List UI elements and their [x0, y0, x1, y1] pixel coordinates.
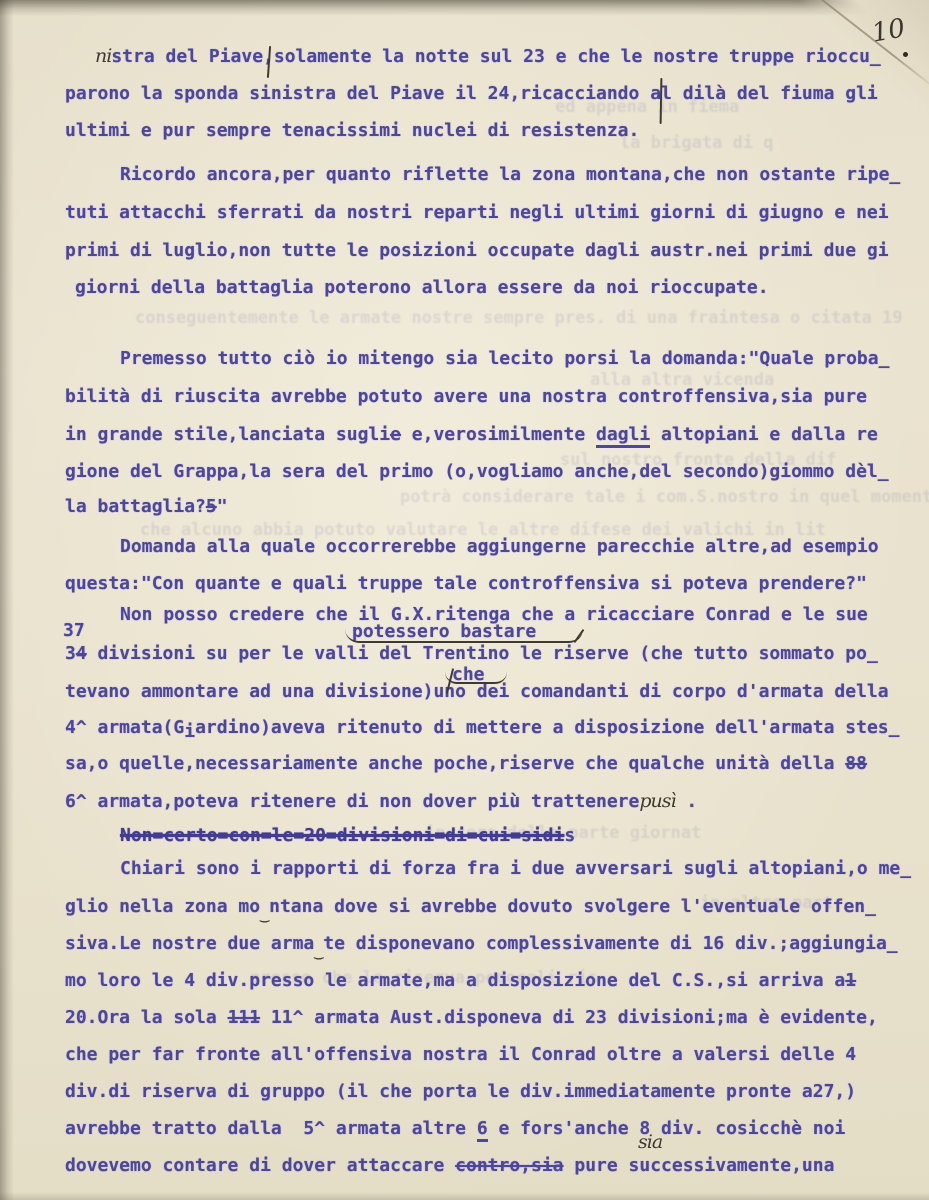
text-line: 37 — [63, 620, 85, 641]
typed-text: te disponevano complessivamente di 16 di… — [323, 933, 897, 954]
typed-text: sa,o quelle,necessariamente anche poche,… — [65, 753, 845, 774]
text-line: che per far fronte all'offensiva nostra … — [65, 1044, 856, 1065]
typed-text: 1 — [845, 970, 856, 991]
text-line: Domanda alla quale occorrerebbe aggiunge… — [120, 536, 879, 557]
text-line: potessero bastare — [352, 621, 536, 642]
text-line: giorni della battaglia poterono allora e… — [75, 277, 769, 298]
typed-text: che per far fronte all'offensiva nostra … — [65, 1044, 856, 1065]
typed-text: bilità di riuscita avrebbe potuto avere … — [65, 386, 867, 407]
typed-text: 88 — [845, 753, 867, 774]
typed-text: 111 — [228, 1007, 261, 1028]
typed-text: ntana dove si avrebbe dovuto svolgere l'… — [269, 896, 876, 917]
typed-text: potessero bastare — [352, 621, 536, 642]
text-line: avrebbe tratto dalla 5^ armata altre 6 e… — [65, 1118, 845, 1139]
typed-text: parono la sponda sinistra del Piave il 2… — [65, 83, 878, 104]
ghost-line: potrà considerare tale i com.S.nostro in… — [400, 487, 929, 507]
typed-text: . — [676, 791, 698, 812]
typed-text: 5 — [206, 496, 217, 517]
text-line: questa:"Con quante e quali truppe tale c… — [65, 573, 867, 594]
typed-text: 20.Ora la sola — [65, 1007, 228, 1028]
document-page: 10 ed appena in fiemala brigata di qcons… — [0, 0, 929, 1200]
typed-text: ultimi e pur sempre tenacissimi nuclei d… — [65, 120, 639, 141]
typed-text: giorni della battaglia poterono allora e… — [75, 277, 769, 298]
text-line: Premesso tutto ciò io mitengo sia lecito… — [120, 348, 889, 369]
typed-text: glio nella zona mo — [65, 896, 260, 917]
handwritten-text: sia — [638, 1131, 662, 1153]
page-number: 10 — [870, 13, 908, 48]
text-line: tuti attacchi sferrati da nostri reparti… — [65, 202, 889, 223]
typed-text: " — [217, 496, 228, 517]
handwritten-vline-mark — [574, 629, 585, 643]
typed-text: ‿ — [314, 942, 323, 960]
text-line: 4^ armata(Giardino)aveva ritenuto di met… — [65, 717, 899, 738]
ghost-line: la brigata di q — [620, 133, 774, 153]
handwritten-text: pusì — [639, 790, 675, 812]
typed-text: mo loro le 4 div.presso le armate,ma a d… — [65, 970, 845, 991]
typed-text: tuti attacchi sferrati da nostri reparti… — [65, 202, 889, 223]
text-line: in grande stile,lanciata suglie e,verosi… — [65, 424, 878, 445]
text-line: parono la sponda sinistra del Piave il 2… — [65, 83, 878, 104]
text-line: ultimi e pur sempre tenacissimi nuclei d… — [65, 120, 639, 141]
typed-text: in grande stile,lanciata sugli — [65, 424, 390, 445]
typed-text: siva.Le nostre due arma — [65, 933, 314, 954]
typed-text: dagli — [596, 424, 650, 448]
typed-text: contro, — [455, 1155, 531, 1176]
text-line: 34 divisioni su per le valli del Trentin… — [65, 643, 878, 664]
text-line: mo loro le 4 div.presso le armate,ma a d… — [65, 970, 856, 991]
text-line: siva.Le nostre due arma‿te disponevano c… — [65, 933, 898, 960]
text-line: div.di riserva di gruppo (il che porta l… — [65, 1081, 856, 1102]
text-line: primi di luglio,non tutte le posizioni o… — [65, 240, 889, 261]
handwritten-dot-mark — [903, 52, 908, 57]
typed-text: Non=certo=con=le=20=divisioni=di=cui=sid… — [120, 825, 564, 846]
typed-text: tevano ammontare ad una divisione)uno de… — [65, 681, 889, 702]
typed-text: Ricordo ancora,per quanto riflette la zo… — [120, 164, 900, 185]
text-line: Chiari sono i rapporti di forza fra i du… — [120, 858, 911, 879]
typed-text: stra del Piave,solamente la notte sul 23… — [111, 46, 880, 67]
typed-text: Chiari sono i rapporti di forza fra i du… — [120, 858, 911, 879]
scan-edge-left — [0, 0, 14, 1200]
text-line: bilità di riuscita avrebbe potuto avere … — [65, 386, 867, 407]
scan-edge-top — [0, 0, 929, 16]
typed-text: 11^ armata Aust.disponeva di 23 division… — [260, 1007, 878, 1028]
text-line: sia — [638, 1131, 662, 1153]
handwritten-text: ni — [95, 45, 111, 67]
typed-text: e fors'anche 8 div. cosicchè noi — [488, 1118, 846, 1139]
text-line: gione del Grappa,la sera del primo (o,vo… — [65, 461, 889, 482]
typed-text: primi di luglio,non tutte le posizioni o… — [65, 240, 889, 261]
typed-text: e,verosimilmente — [401, 424, 596, 445]
typed-text: gione del Grappa,la sera del primo (o,vo… — [65, 461, 889, 482]
typed-text: 37 — [63, 620, 85, 641]
typed-text: Domanda alla quale occorrerebbe aggiunge… — [120, 536, 879, 557]
text-line: 20.Ora la sola 111 11^ armata Aust.dispo… — [65, 1007, 878, 1028]
text-line: Ricordo ancora,per quanto riflette la zo… — [120, 164, 900, 185]
typed-text: sia — [531, 1155, 564, 1176]
text-line: la battaglia?5" — [65, 496, 228, 517]
typed-text: divisioni su per le valli del Trentino l… — [87, 643, 878, 664]
typed-text: altopiani e dalla re — [650, 424, 878, 445]
text-line: tevano ammontare ad una divisione)uno de… — [65, 681, 889, 702]
typed-text: ardino)aveva ritenuto di mettere a dispo… — [195, 717, 899, 738]
typed-text: Premesso tutto ciò io mitengo sia lecito… — [120, 348, 889, 369]
typed-text: 3 — [65, 643, 76, 664]
typed-text: ‿ — [260, 905, 269, 923]
typed-text: 6 — [477, 1118, 488, 1142]
typed-text: questa:"Con quante e quali truppe tale c… — [65, 573, 867, 594]
typed-text: pure successivamente,una — [564, 1155, 835, 1176]
text-line: glio nella zona mo‿ntana dove si avrebbe… — [65, 896, 876, 923]
text-line: Non=certo=con=le=20=divisioni=di=cui=sid… — [120, 825, 575, 846]
typed-text: la battaglia? — [65, 496, 206, 517]
text-line: nistra del Piave,solamente la notte sul … — [95, 45, 881, 67]
typed-text: s — [564, 825, 575, 846]
typed-text: 4^ armata(G — [65, 717, 184, 738]
typed-text: 6^ armata,poteva ritenere di non dover p… — [65, 791, 639, 812]
typed-text: avrebbe tratto dalla 5^ armata altre — [65, 1118, 477, 1139]
scan-edge-bottom — [0, 1192, 929, 1200]
typed-text: e — [390, 424, 401, 445]
ghost-line: conseguentemente le armate nostre sempre… — [135, 308, 903, 328]
typed-text: div.di riserva di gruppo (il che porta l… — [65, 1081, 856, 1102]
typed-text: i — [184, 721, 195, 742]
typed-text: dovevemo contare di dover attaccare — [65, 1155, 455, 1176]
text-line: 6^ armata,poteva ritenere di non dover p… — [65, 790, 697, 812]
text-line: dovevemo contare di dover attaccare cont… — [65, 1155, 834, 1176]
text-line: sa,o quelle,necessariamente anche poche,… — [65, 753, 867, 774]
typed-text: 4 — [76, 643, 87, 664]
